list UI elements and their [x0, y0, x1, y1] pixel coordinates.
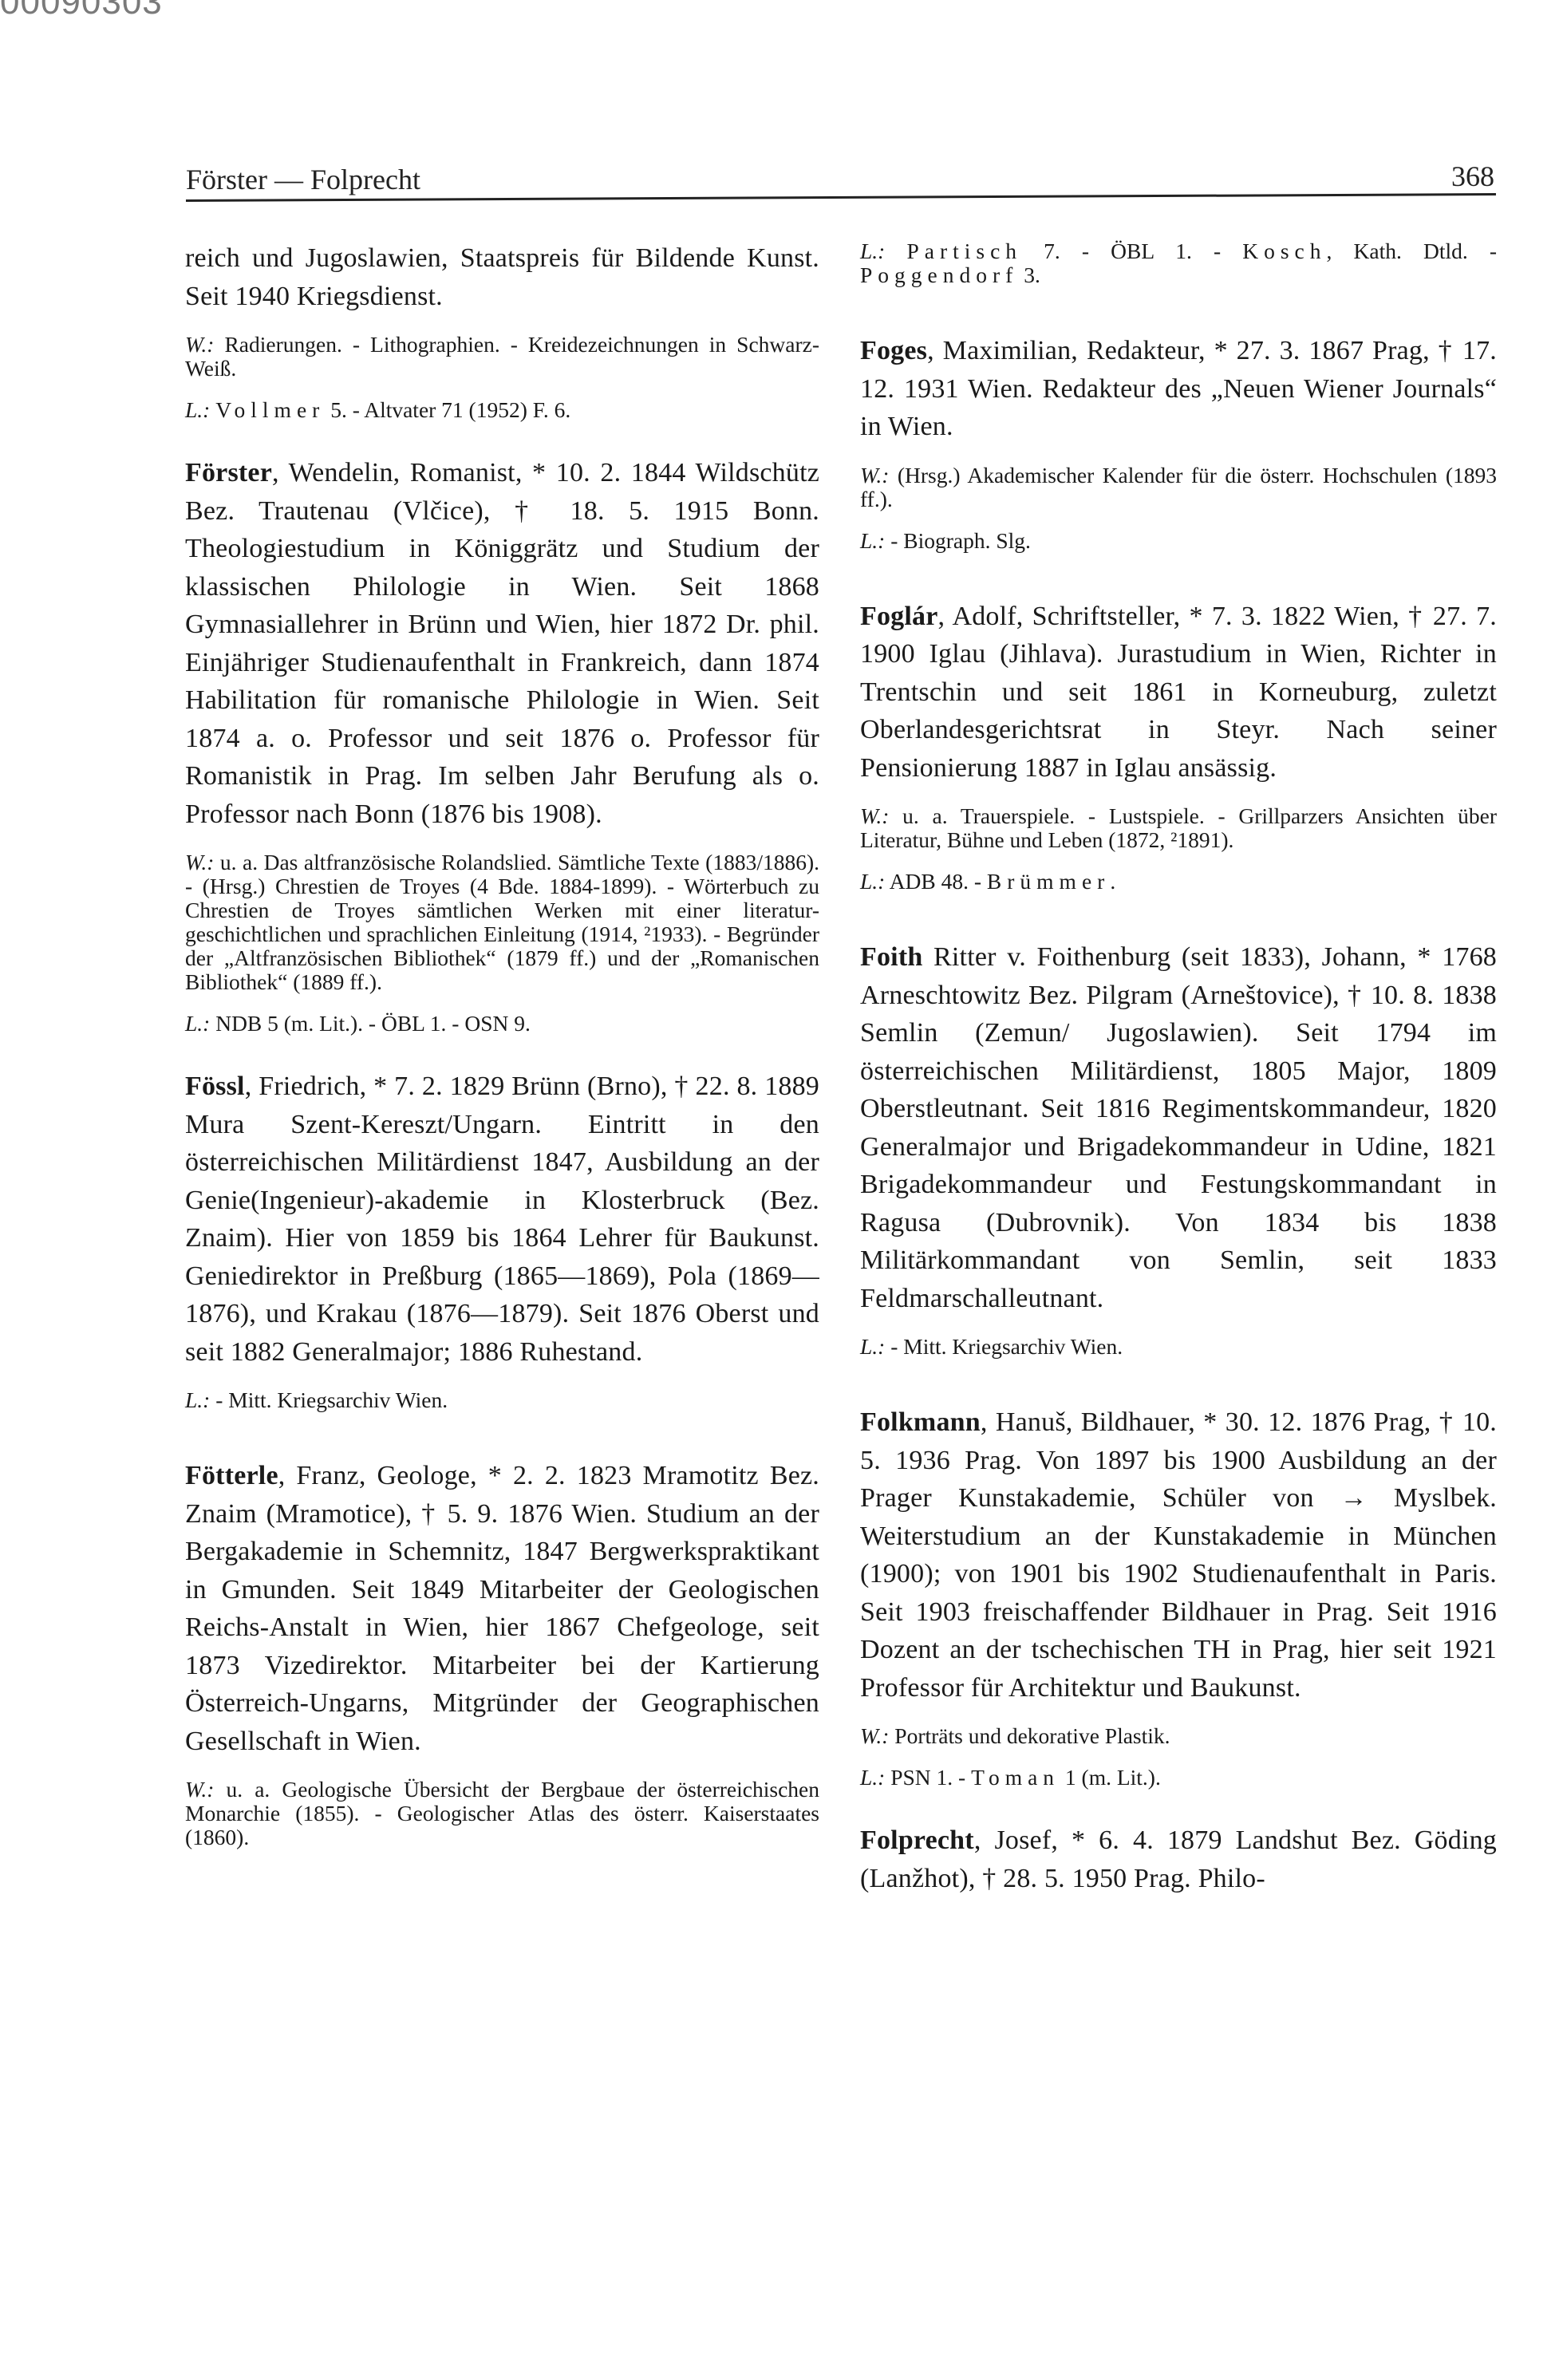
entry-foglar: Foglár, Adolf, Schriftsteller, * 7. 3. 1… [860, 598, 1497, 894]
works-note: W.: u. a. Geologische Übersicht der Berg… [185, 1778, 819, 1849]
entry-body: Foges, Maximilian, Redakteur, * 27. 3. 1… [860, 332, 1497, 446]
entry-body: Folkmann, Hanuš, Bildhauer, * 30. 12. 18… [860, 1403, 1497, 1707]
literature-note: L.: - Biograph. Slg. [860, 529, 1497, 553]
entry-foetterle: Fötterle, Franz, Geologe, * 2. 2. 1823 M… [185, 1457, 819, 1849]
literature-note: L.: Partisch 7. - ÖBL 1. - Kosch, Kath. … [860, 239, 1497, 287]
entry-continuation: reich und Jugoslawien, Staatspreis für B… [185, 239, 819, 422]
entry-continuation: L.: Partisch 7. - ÖBL 1. - Kosch, Kath. … [860, 239, 1497, 287]
entry-text: , Friedrich, * 7. 2. 1829 Brünn (Brno), … [185, 1072, 819, 1367]
works-label: W.: [860, 463, 889, 487]
entry-body: Förster, Wendelin, Romanist, * 10. 2. 18… [185, 454, 819, 833]
entry-body: Fötterle, Franz, Geologe, * 2. 2. 1823 M… [185, 1457, 819, 1760]
right-column: L.: Partisch 7. - ÖBL 1. - Kosch, Kath. … [860, 239, 1497, 1915]
entry-name: Fössl [185, 1072, 245, 1101]
works-text: Porträts und dekorative Plastik. [894, 1723, 1170, 1748]
entry-foith: Foith Ritter v. Foithenburg (seit 1833),… [860, 938, 1497, 1359]
header-title: Förster — Folprecht [186, 163, 420, 196]
works-note: W.: u. a. Das altfranzösische Rolandslie… [185, 851, 819, 994]
entry-name: Förster [185, 458, 272, 487]
works-text: u. a. Trauerspiele. - Lustspiele. - Gril… [860, 803, 1497, 852]
literature-label: L.: [185, 1011, 210, 1036]
literature-author: Toman [971, 1765, 1060, 1790]
entry-body: Foith Ritter v. Foithenburg (seit 1833),… [860, 938, 1497, 1317]
works-text: (Hrsg.) Akademischer Kalender für die ös… [860, 463, 1497, 511]
entry-name: Folprecht [860, 1825, 974, 1855]
entry-body: Fössl, Friedrich, * 7. 2. 1829 Brünn (Br… [185, 1068, 819, 1371]
literature-label: L.: [860, 1334, 885, 1359]
entry-text: , Hanuš, Bildhauer, * 30. 12. 1876 Prag,… [860, 1407, 1497, 1703]
entry-body: reich und Jugoslawien, Staatspreis für B… [185, 239, 819, 315]
works-text: u. a. Das altfranzösische Rolandslied. S… [185, 850, 819, 994]
literature-note: L.: Vollmer 5. - Altvater 71 (1952) F. 6… [185, 398, 819, 422]
literature-label: L.: [185, 397, 210, 422]
works-label: W.: [185, 850, 214, 874]
works-label: W.: [185, 332, 214, 357]
entry-foerster: Förster, Wendelin, Romanist, * 10. 2. 18… [185, 454, 819, 1036]
literature-text: . [1110, 869, 1115, 894]
literature-text: 3. [1018, 262, 1040, 287]
entry-text: , Wendelin, Romanist, * 10. 2. 1844 Wild… [185, 458, 819, 829]
works-note: W.: (Hrsg.) Akademischer Kalender für di… [860, 464, 1497, 511]
literature-note: L.: - Mitt. Kriegsarchiv Wien. [860, 1335, 1497, 1359]
literature-text: - Mitt. Kriegsarchiv Wien. [215, 1387, 448, 1412]
entry-name: Fötterle [185, 1461, 278, 1490]
entry-body: Folprecht, Josef, * 6. 4. 1879 Landshut … [860, 1822, 1497, 1897]
entry-name: Foges [860, 336, 927, 365]
literature-author: Kosch [1242, 239, 1326, 263]
literature-note: L.: NDB 5 (m. Lit.). - ÖBL 1. - OSN 9. [185, 1012, 819, 1036]
literature-label: L.: [860, 869, 885, 894]
literature-label: L.: [860, 1765, 885, 1790]
entry-folprecht: Folprecht, Josef, * 6. 4. 1879 Landshut … [860, 1822, 1497, 1897]
entry-foges: Foges, Maximilian, Redakteur, * 27. 3. 1… [860, 332, 1497, 553]
entry-foessl: Fössl, Friedrich, * 7. 2. 1829 Brünn (Br… [185, 1068, 819, 1412]
entry-folkmann: Folkmann, Hanuš, Bildhauer, * 30. 12. 18… [860, 1403, 1497, 1790]
literature-author: Partisch [906, 239, 1022, 263]
page-number: 368 [1451, 160, 1494, 193]
entry-body: Foglár, Adolf, Schriftsteller, * 7. 3. 1… [860, 598, 1497, 787]
literature-author: Vollmer [215, 397, 325, 422]
works-text: u. a. Geologische Übersicht der Bergbaue… [185, 1777, 819, 1849]
literature-text: NDB 5 (m. Lit.). - ÖBL 1. - OSN 9. [215, 1011, 531, 1036]
entry-name: Folkmann [860, 1407, 981, 1437]
literature-note: L.: - Mitt. Kriegsarchiv Wien. [185, 1388, 819, 1412]
literature-text: - Mitt. Kriegsarchiv Wien. [890, 1334, 1123, 1359]
entry-text: , Maximilian, Redakteur, * 27. 3. 1867 P… [860, 336, 1497, 441]
literature-text: 7. - ÖBL 1. - [1022, 239, 1242, 263]
works-note: W.: Radierungen. - Lithographien. - Krei… [185, 333, 819, 381]
literature-author: Poggendorf [860, 262, 1018, 287]
works-label: W.: [185, 1777, 214, 1802]
entry-name: Foglár [860, 602, 938, 631]
literature-text: - Biograph. Slg. [890, 528, 1031, 553]
works-label: W.: [860, 803, 889, 828]
literature-label: L.: [860, 239, 885, 263]
literature-author: Brümmer [987, 869, 1110, 894]
works-text: Radierungen. - Lithographien. - Kreideze… [185, 332, 819, 381]
works-note: W.: Porträts und dekorative Plastik. [860, 1724, 1497, 1748]
literature-text: 1 (m. Lit.). [1060, 1765, 1161, 1790]
literature-label: L.: [185, 1387, 210, 1412]
literature-label: L.: [860, 528, 885, 553]
literature-text: ADB 48. - [890, 869, 987, 894]
literature-note: L.: PSN 1. - Toman 1 (m. Lit.). [860, 1766, 1497, 1790]
literature-text: , Kath. Dtld. - [1327, 239, 1497, 263]
entry-text: , Adolf, Schriftsteller, * 7. 3. 1822 Wi… [860, 602, 1497, 783]
literature-note: L.: ADB 48. - Brümmer. [860, 870, 1497, 894]
archive-stamp: 00090303 [0, 0, 163, 22]
literature-text: 5. - Altvater 71 (1952) F. 6. [325, 397, 570, 422]
left-column: reich und Jugoslawien, Staatspreis für B… [185, 239, 819, 1867]
entry-text: , Franz, Geologe, * 2. 2. 1823 Mramotitz… [185, 1461, 819, 1756]
entry-name: Foith [860, 942, 922, 972]
entry-text: Ritter v. Foithenburg (seit 1833), Johan… [860, 942, 1497, 1313]
works-label: W.: [860, 1723, 889, 1748]
works-note: W.: u. a. Trauerspiele. - Lustspiele. - … [860, 804, 1497, 852]
literature-text: PSN 1. - [890, 1765, 971, 1790]
